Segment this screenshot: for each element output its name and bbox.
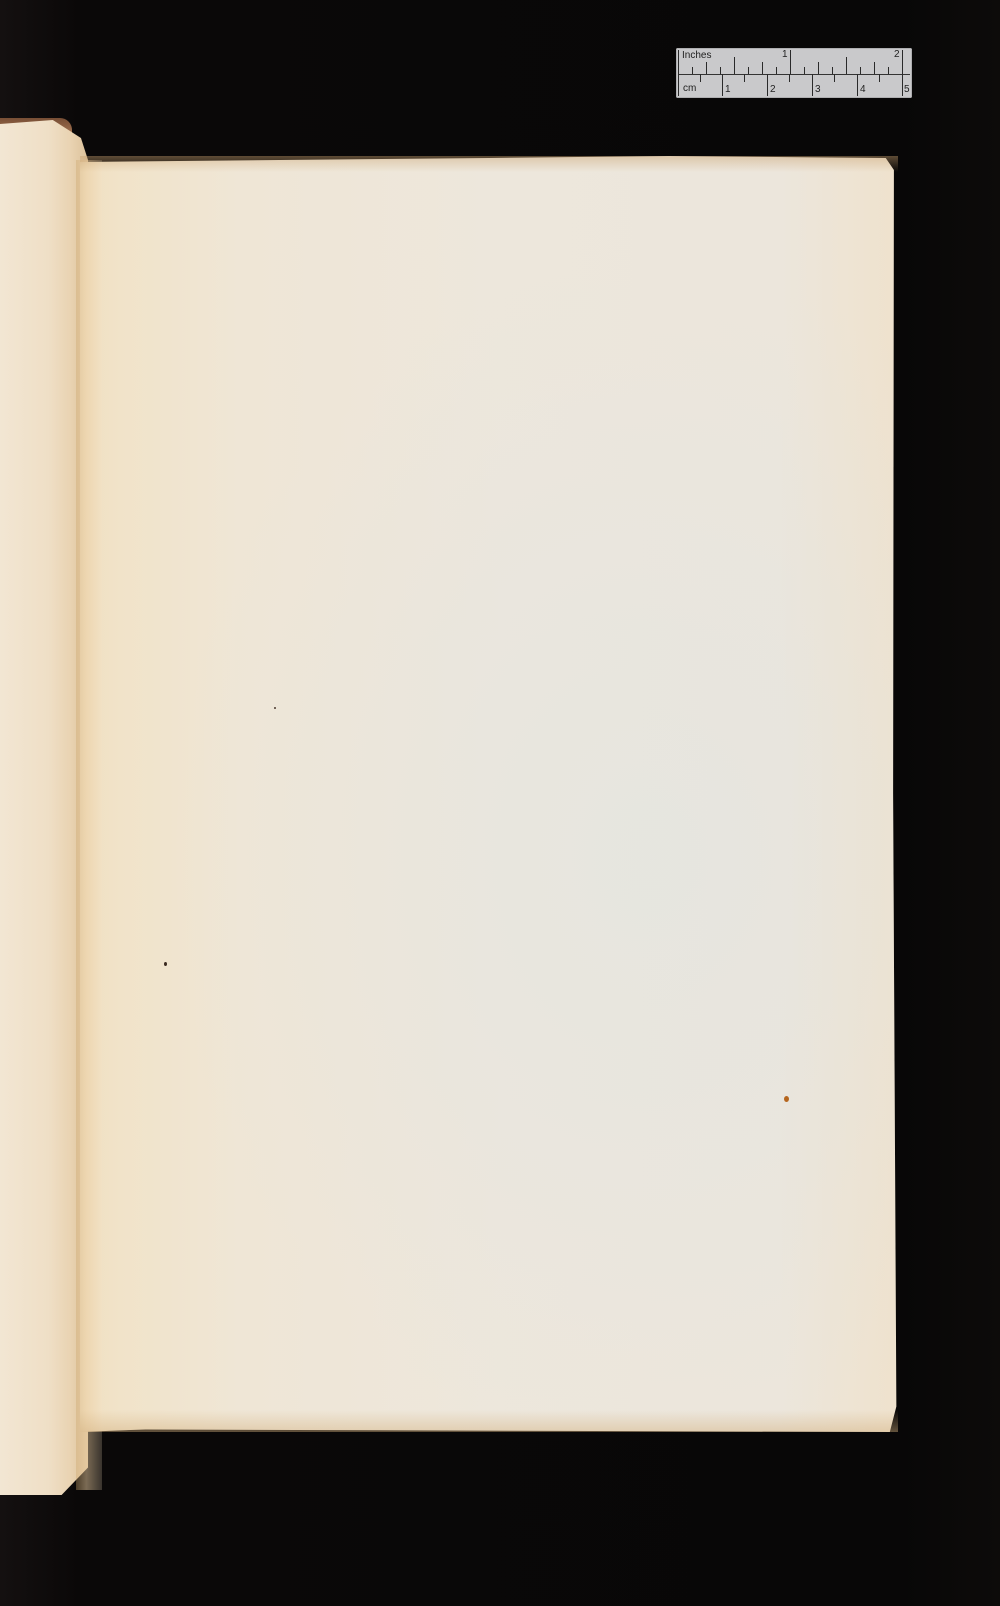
ruler-tick xyxy=(789,74,790,82)
ruler-tick xyxy=(776,67,777,74)
ruler-axis xyxy=(678,74,910,75)
ruler-cm-4: 4 xyxy=(860,85,866,95)
ruler-tick xyxy=(748,67,749,74)
ruler-tick xyxy=(720,67,721,74)
ruler-tick xyxy=(812,74,813,96)
page-bottom-stain xyxy=(80,1410,898,1432)
ruler-tick xyxy=(692,67,693,74)
ruler-tick xyxy=(790,50,791,74)
foxing-spot xyxy=(784,1096,789,1102)
ruler-tick xyxy=(744,74,745,82)
ruler-tick xyxy=(857,74,858,96)
ruler-tick xyxy=(846,57,847,74)
blank-page xyxy=(80,156,898,1432)
ruler-tick xyxy=(678,74,679,96)
ink-dot xyxy=(164,962,167,966)
ruler-inches-label: Inches xyxy=(682,51,711,61)
ruler-tick xyxy=(874,62,875,74)
ruler-tick xyxy=(762,62,763,74)
binding-gutter xyxy=(76,160,102,1490)
ruler-cm-3: 3 xyxy=(815,85,821,95)
ruler-tick xyxy=(706,62,707,74)
ruler-tick xyxy=(700,74,701,82)
scale-ruler: Inches 1 2 cm 1 2 3 4 5 xyxy=(676,48,912,98)
ruler-tick xyxy=(767,74,768,96)
ruler-tick xyxy=(860,67,861,74)
ruler-cm-label: cm xyxy=(683,84,696,94)
ruler-tick xyxy=(879,74,880,82)
ruler-tick xyxy=(734,57,735,74)
ruler-tick xyxy=(902,74,903,96)
ruler-tick xyxy=(722,74,723,96)
ink-dot xyxy=(274,707,276,709)
ruler-tick xyxy=(832,67,833,74)
ruler-tick xyxy=(818,62,819,74)
page-top-stain xyxy=(80,156,898,172)
ruler-tick xyxy=(804,67,805,74)
ruler-cm-2: 2 xyxy=(770,85,776,95)
ruler-inch-1: 1 xyxy=(782,50,788,60)
facing-page-edge xyxy=(0,120,88,1495)
ruler-tick xyxy=(834,74,835,82)
ruler-inch-2: 2 xyxy=(894,50,900,60)
ruler-tick xyxy=(678,50,679,74)
ruler-tick xyxy=(902,50,903,74)
ruler-cm-1: 1 xyxy=(725,85,731,95)
ruler-tick xyxy=(888,67,889,74)
ruler-cm-5: 5 xyxy=(904,85,910,95)
